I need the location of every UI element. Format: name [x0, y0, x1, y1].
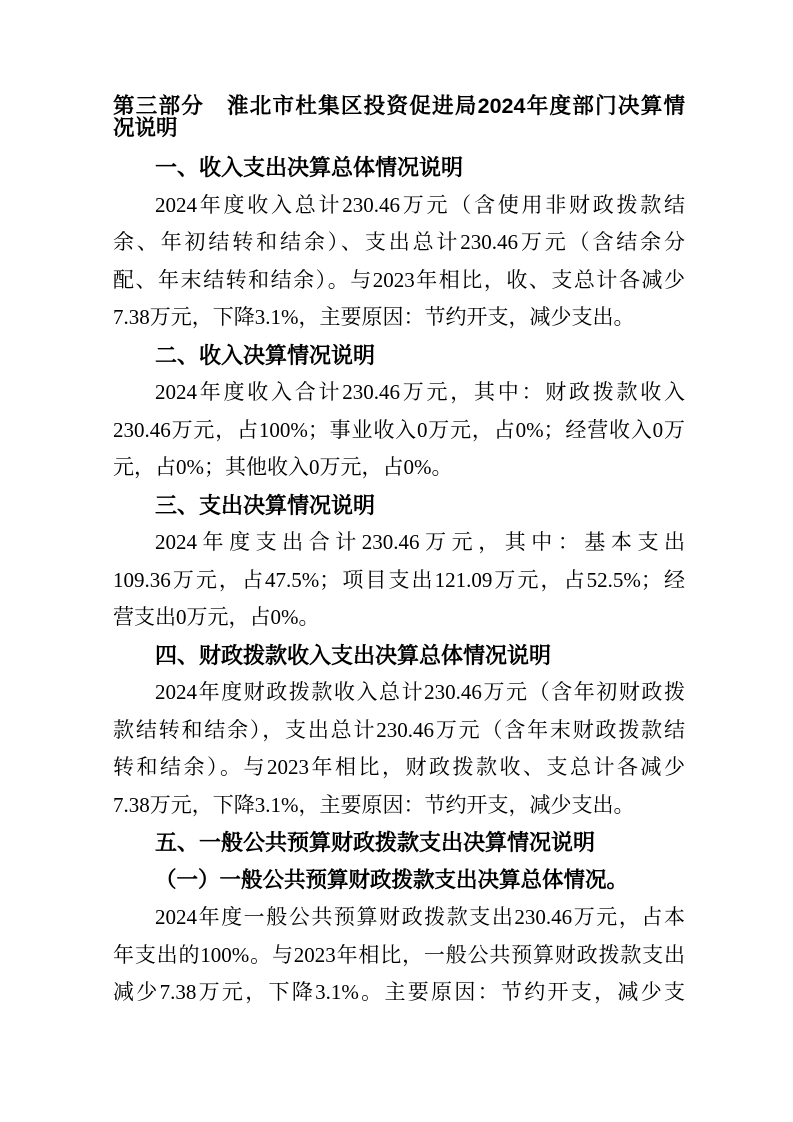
document-title-line-2: 况说明: [113, 117, 685, 139]
body-line: 7.38万元，下降3.1%，主要原因：节约开支，减少支出。: [113, 299, 685, 337]
section-heading-1: 一、收入支出决算总体情况说明: [113, 149, 685, 187]
body-line: 2024年度收入合计230.46万元，其中：财政拨款收入: [113, 374, 685, 412]
document-title-line-1: 第三部分 淮北市杜集区投资促进局2024年度部门决算情: [113, 95, 685, 117]
body-line: 2024年度收入总计230.46万元（含使用非财政拨款结: [113, 187, 685, 225]
body-line: 元，占0%；其他收入0万元，占0%。: [113, 449, 685, 487]
section-heading-5: 五、一般公共预算财政拨款支出决算情况说明: [113, 824, 685, 862]
section-heading-4: 四、财政拨款收入支出决算总体情况说明: [113, 637, 685, 675]
body-line: 230.46万元，占100%；事业收入0万元，占0%；经营收入0万: [113, 412, 685, 450]
body-line: 109.36万元，占47.5%；项目支出121.09万元，占52.5%；经: [113, 562, 685, 600]
body-line: 2024年度财政拨款收入总计230.46万元（含年初财政拨: [113, 674, 685, 712]
body-line: 减少7.38万元，下降3.1%。主要原因：节约开支，减少支: [113, 974, 685, 1012]
body-line: 2024年度一般公共预算财政拨款支出230.46万元，占本: [113, 899, 685, 937]
body-line: 转和结余）。与2023年相比，财政拨款收、支总计各减少: [113, 749, 685, 787]
body-line: 7.38万元，下降3.1%，主要原因：节约开支，减少支出。: [113, 787, 685, 825]
body-line: 配、年末结转和结余）。与2023年相比，收、支总计各减少: [113, 262, 685, 300]
document-body: 第三部分 淮北市杜集区投资促进局2024年度部门决算情 况说明 一、收入支出决算…: [113, 95, 685, 1012]
body-line: 余、年初结转和结余）、支出总计230.46万元（含结余分: [113, 224, 685, 262]
document-page: 第三部分 淮北市杜集区投资促进局2024年度部门决算情 况说明 一、收入支出决算…: [0, 0, 793, 1122]
section-heading-3: 三、支出决算情况说明: [113, 487, 685, 525]
subsection-heading-5-1: （一）一般公共预算财政拨款支出决算总体情况。: [113, 862, 685, 900]
body-line: 2024年度支出合计230.46万元，其中：基本支出: [113, 524, 685, 562]
body-line: 年支出的100%。与2023年相比，一般公共预算财政拨款支出: [113, 937, 685, 975]
section-heading-2: 二、收入决算情况说明: [113, 337, 685, 375]
body-line: 款结转和结余），支出总计230.46万元（含年末财政拨款结: [113, 712, 685, 750]
body-line: 营支出0万元，占0%。: [113, 599, 685, 637]
